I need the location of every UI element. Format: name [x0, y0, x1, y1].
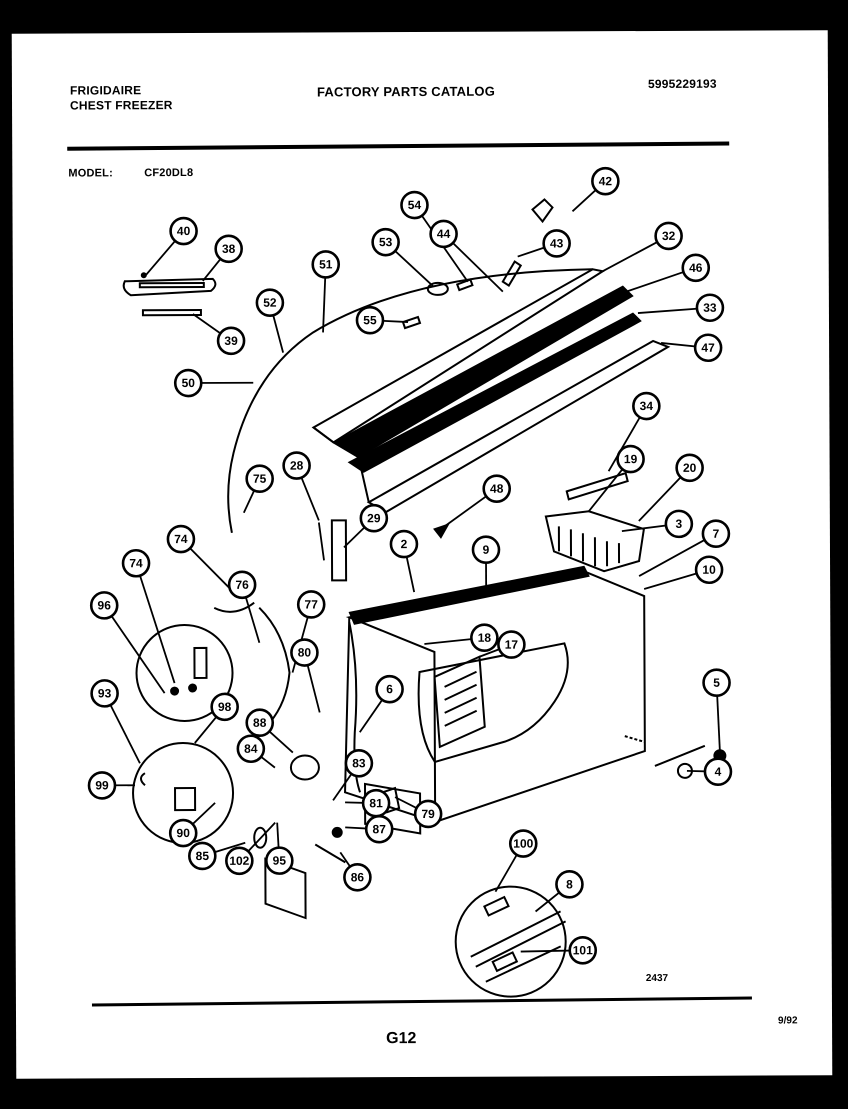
callout-8: 8: [556, 871, 582, 897]
callout-39: 39: [218, 328, 244, 354]
svg-text:8: 8: [566, 877, 573, 891]
svg-text:19: 19: [624, 452, 638, 466]
callout-88: 88: [247, 710, 273, 736]
callout-54: 54: [401, 192, 427, 218]
callout-79: 79: [415, 801, 441, 827]
callout-32: 32: [656, 223, 682, 249]
callout-98: 98: [212, 694, 238, 720]
svg-text:2: 2: [401, 537, 408, 551]
callout-46: 46: [683, 255, 709, 281]
callout-28: 28: [284, 452, 310, 478]
callout-29: 29: [361, 505, 387, 531]
callout-55: 55: [357, 307, 383, 333]
svg-text:52: 52: [263, 296, 277, 310]
callout-4: 4: [705, 759, 731, 785]
callout-20: 20: [677, 455, 703, 481]
svg-text:74: 74: [174, 532, 188, 546]
detail-circle-hinge-detail: [455, 886, 565, 996]
callout-93: 93: [92, 680, 118, 706]
svg-text:79: 79: [421, 807, 435, 821]
svg-text:42: 42: [599, 174, 613, 188]
svg-text:77: 77: [305, 597, 319, 611]
svg-text:76: 76: [235, 578, 249, 592]
basket-part: [546, 473, 644, 571]
callout-34: 34: [633, 393, 659, 419]
svg-text:17: 17: [505, 638, 519, 652]
callout-90: 90: [170, 820, 196, 846]
callout-44: 44: [431, 221, 457, 247]
svg-text:84: 84: [244, 742, 258, 756]
callout-80: 80: [291, 639, 317, 665]
callout-52: 52: [257, 290, 283, 316]
svg-text:85: 85: [196, 849, 210, 863]
svg-text:29: 29: [367, 511, 381, 525]
callout-50: 50: [175, 370, 201, 396]
callout-74b: 74: [123, 550, 149, 576]
svg-text:32: 32: [662, 229, 676, 243]
callout-81: 81: [363, 790, 389, 816]
svg-text:98: 98: [218, 700, 232, 714]
callout-40: 40: [171, 218, 197, 244]
callout-7: 7: [703, 521, 729, 547]
callout-9: 9: [473, 537, 499, 563]
svg-text:74: 74: [129, 556, 143, 570]
revision-date: 9/92: [778, 1015, 798, 1026]
callout-76: 76: [229, 572, 255, 598]
svg-text:34: 34: [640, 399, 654, 413]
svg-text:81: 81: [369, 796, 383, 810]
callout-6: 6: [377, 676, 403, 702]
catalog-page: FRIGIDAIRE CHEST FREEZER FACTORY PARTS C…: [12, 30, 833, 1079]
svg-text:43: 43: [550, 236, 564, 250]
callout-75: 75: [247, 466, 273, 492]
svg-text:28: 28: [290, 459, 304, 473]
svg-text:53: 53: [379, 235, 393, 249]
svg-text:102: 102: [229, 854, 249, 868]
callout-99: 99: [89, 772, 115, 798]
svg-text:50: 50: [182, 376, 196, 390]
callout-38: 38: [216, 236, 242, 262]
callout-83: 83: [346, 750, 372, 776]
callout-33: 33: [697, 295, 723, 321]
callout-18: 18: [471, 625, 497, 651]
svg-text:7: 7: [713, 527, 720, 541]
callout-17: 17: [498, 632, 524, 658]
callout-100: 100: [510, 831, 536, 857]
callout-74a: 74: [168, 526, 194, 552]
svg-text:9: 9: [483, 543, 490, 557]
callout-2: 2: [391, 531, 417, 557]
svg-text:88: 88: [253, 716, 267, 730]
callout-95: 95: [266, 848, 292, 874]
svg-text:96: 96: [98, 598, 112, 612]
callout-5: 5: [704, 670, 730, 696]
svg-text:39: 39: [224, 334, 238, 348]
svg-text:47: 47: [701, 341, 715, 355]
svg-text:80: 80: [298, 645, 312, 659]
callout-51: 51: [313, 251, 339, 277]
callout-47: 47: [695, 335, 721, 361]
svg-text:48: 48: [490, 482, 504, 496]
svg-text:46: 46: [689, 261, 703, 275]
svg-text:87: 87: [372, 822, 386, 836]
svg-text:83: 83: [352, 756, 366, 770]
svg-text:4: 4: [715, 765, 722, 779]
svg-text:95: 95: [273, 854, 287, 868]
svg-text:101: 101: [573, 943, 593, 957]
callout-10: 10: [696, 557, 722, 583]
callout-43: 43: [544, 230, 570, 256]
svg-text:55: 55: [363, 313, 377, 327]
callout-85: 85: [189, 843, 215, 869]
exploded-parts-diagram: 4038395152505355544443423246334734192048…: [12, 30, 833, 1079]
svg-text:100: 100: [513, 837, 533, 851]
callout-86: 86: [344, 864, 370, 890]
svg-text:10: 10: [702, 563, 716, 577]
callout-77: 77: [298, 591, 324, 617]
svg-text:44: 44: [437, 227, 451, 241]
callout-87: 87: [366, 816, 392, 842]
figure-id: 2437: [646, 973, 668, 984]
svg-text:40: 40: [177, 224, 191, 238]
callout-42: 42: [592, 168, 618, 194]
lid-handle-part: [124, 272, 216, 315]
svg-text:5: 5: [713, 676, 720, 690]
svg-text:6: 6: [386, 682, 393, 696]
svg-text:51: 51: [319, 257, 333, 271]
svg-text:75: 75: [253, 472, 267, 486]
svg-text:54: 54: [408, 198, 422, 212]
callout-102: 102: [226, 848, 252, 874]
svg-text:33: 33: [703, 301, 717, 315]
callout-3: 3: [666, 511, 692, 537]
svg-text:38: 38: [222, 242, 236, 256]
svg-text:93: 93: [98, 686, 112, 700]
callout-48: 48: [484, 476, 510, 502]
hinge-part: [319, 520, 346, 580]
svg-text:20: 20: [683, 461, 697, 475]
callout-53: 53: [373, 229, 399, 255]
callout-96: 96: [91, 592, 117, 618]
svg-text:86: 86: [351, 870, 365, 884]
svg-text:18: 18: [478, 631, 492, 645]
svg-text:99: 99: [95, 778, 109, 792]
page-code: G12: [386, 1030, 416, 1048]
power-cord-part: [259, 608, 290, 723]
callout-101: 101: [570, 937, 596, 963]
callout-84: 84: [238, 736, 264, 762]
svg-text:3: 3: [675, 517, 682, 531]
callout-19: 19: [618, 446, 644, 472]
svg-text:90: 90: [177, 826, 191, 840]
